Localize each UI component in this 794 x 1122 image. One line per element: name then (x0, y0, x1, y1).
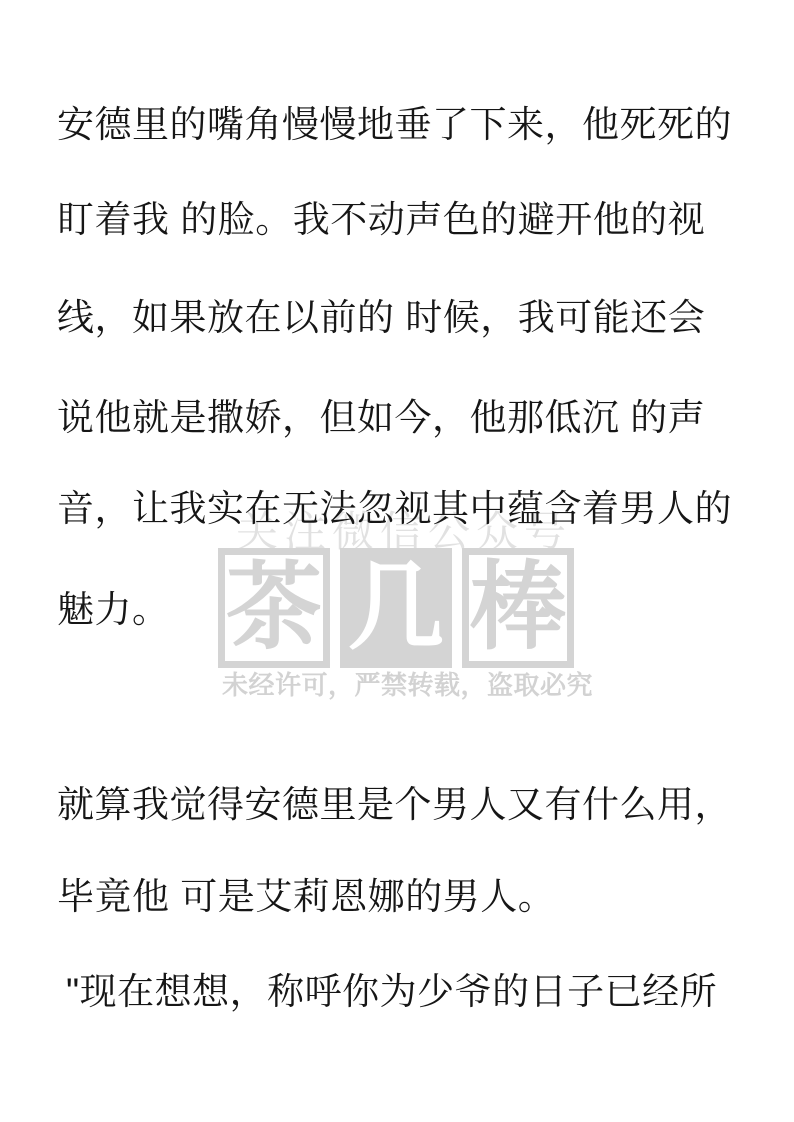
text-line: 说他就是撒娇，但如今，他那低沉 的声 (57, 396, 705, 440)
text-line: 安德里的嘴角慢慢地垂了下来，他死死的 (57, 103, 732, 147)
text-line: 就算我觉得安德里是个男人又有什么用， (57, 783, 732, 827)
text-line: 线，如果放在以前的 时候，我可能还会 (57, 296, 705, 340)
text-line: 音，让我实在无法忽视其中蕴含着男人的 (57, 487, 732, 531)
text-line: 毕竟他 可是艾莉恩娜的男人。 (57, 875, 555, 919)
text-line: 盯着我 的脸。我不动声色的避开他的视 (57, 198, 705, 242)
text-line: 魅力。 (57, 588, 170, 632)
novel-page: 关注微信公众号 茶 几 棒 未经许可，严禁转载，盗取必究 安德里的嘴角慢慢地垂了… (0, 0, 794, 1122)
body-text: 安德里的嘴角慢慢地垂了下来，他死死的 盯着我 的脸。我不动声色的避开他的视 线，… (0, 0, 794, 1122)
text-line: "现在想想，称呼你为少爷的日子已经所 (66, 970, 717, 1014)
